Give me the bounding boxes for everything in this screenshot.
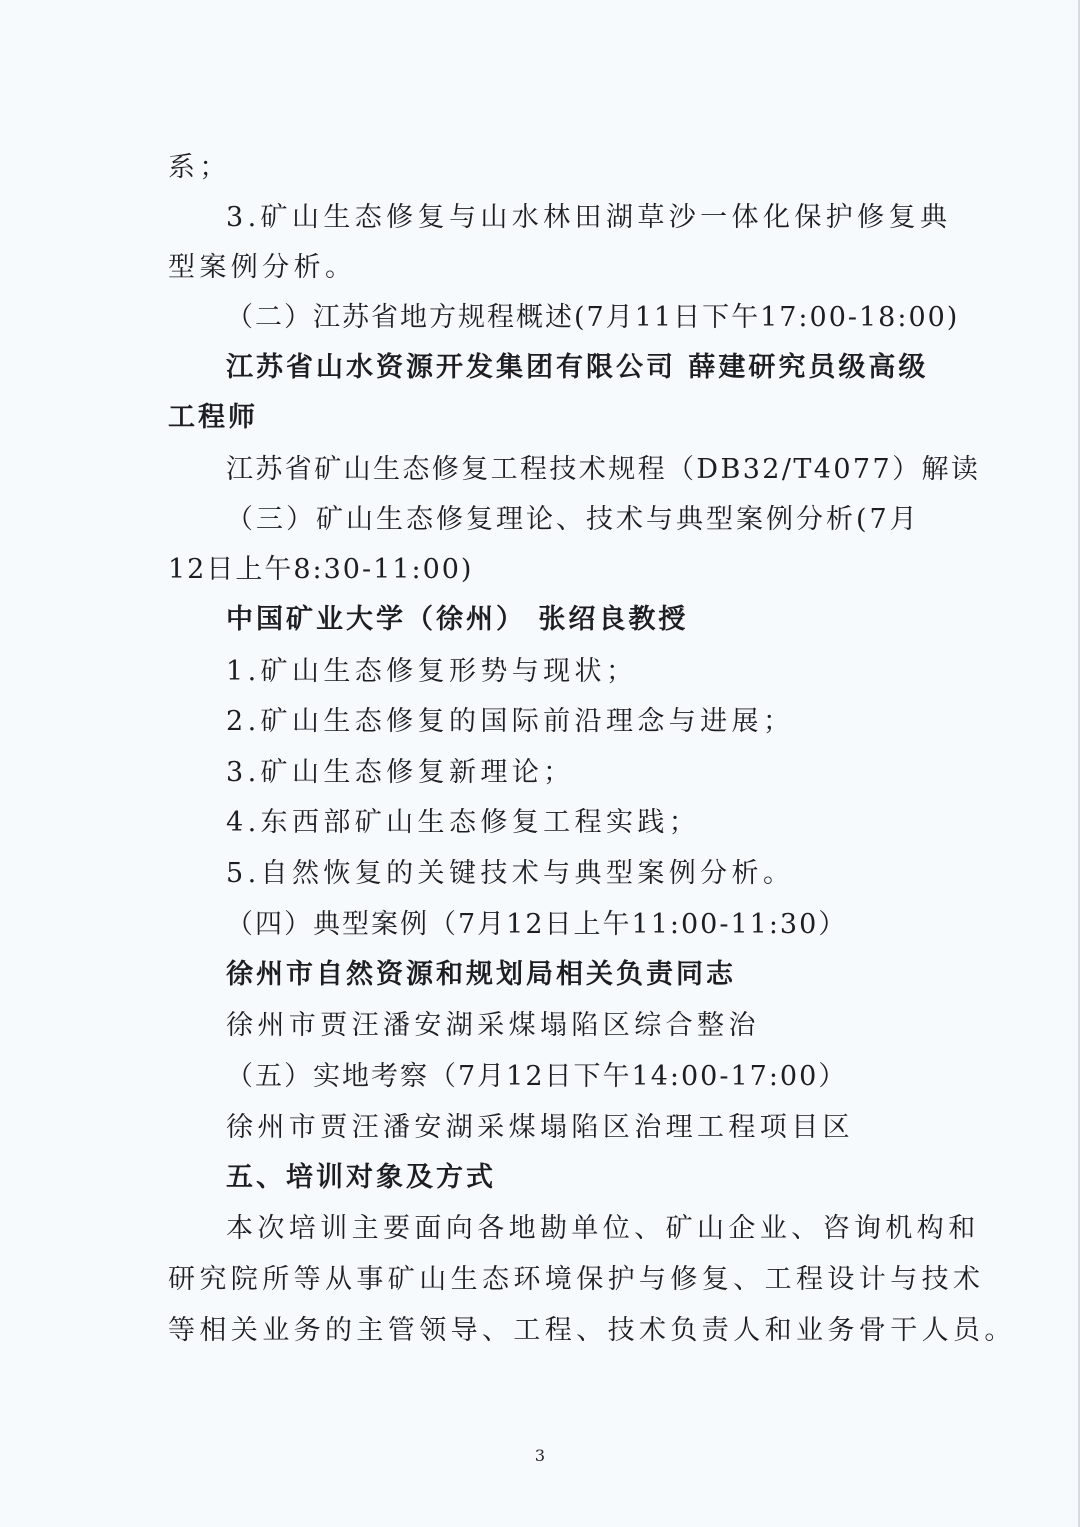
speaker-line: 中国矿业大学（徐州） 张绍良教授: [226, 600, 986, 640]
speaker-line: 徐州市自然资源和规划局相关负责同志: [226, 955, 986, 995]
text-line: 本次培训主要面向各地勘单位、矿山企业、咨询机构和: [226, 1209, 986, 1249]
list-item: 4.东西部矿山生态修复工程实践；: [226, 803, 986, 843]
text-line: 系；: [168, 148, 928, 188]
speaker-line: 工程师: [168, 398, 928, 438]
section-heading: （四）典型案例（7月12日上午11:00-11:30）: [226, 905, 986, 945]
list-item: 2.矿山生态修复的国际前沿理念与进展；: [226, 702, 986, 742]
text-line: 型案例分析。: [168, 248, 928, 288]
text-line: 徐州市贾汪潘安湖采煤塌陷区治理工程项目区: [226, 1108, 986, 1148]
document-page: 系； 3.矿山生态修复与山水林田湖草沙一体化保护修复典 型案例分析。 （二）江苏…: [0, 0, 1080, 1527]
list-item: 5.自然恢复的关键技术与典型案例分析。: [226, 854, 986, 894]
speaker-line: 江苏省山水资源开发集团有限公司 薛建研究员级高级: [226, 348, 986, 388]
text-line: 徐州市贾汪潘安湖采煤塌陷区综合整治: [226, 1006, 986, 1046]
section-heading: （二）江苏省地方规程概述(7月11日下午17:00-18:00): [226, 298, 986, 338]
section-heading: （三）矿山生态修复理论、技术与典型案例分析(7月: [226, 500, 986, 540]
page-number: 3: [0, 1446, 1080, 1465]
section-heading: （五）实地考察（7月12日下午14:00-17:00）: [226, 1057, 986, 1097]
text-line: 12日上午8:30-11:00): [168, 550, 928, 590]
list-item: 3.矿山生态修复新理论；: [226, 753, 986, 793]
chapter-heading: 五、培训对象及方式: [226, 1158, 986, 1198]
text-line: 等相关业务的主管领导、工程、技术负责人和业务骨干人员。: [168, 1311, 928, 1351]
text-line: 研究院所等从事矿山生态环境保护与修复、工程设计与技术: [168, 1260, 928, 1300]
text-line: 江苏省矿山生态修复工程技术规程（DB32/T4077）解读: [226, 450, 986, 490]
text-line: 3.矿山生态修复与山水林田湖草沙一体化保护修复典: [226, 198, 986, 238]
list-item: 1.矿山生态修复形势与现状；: [226, 652, 986, 692]
